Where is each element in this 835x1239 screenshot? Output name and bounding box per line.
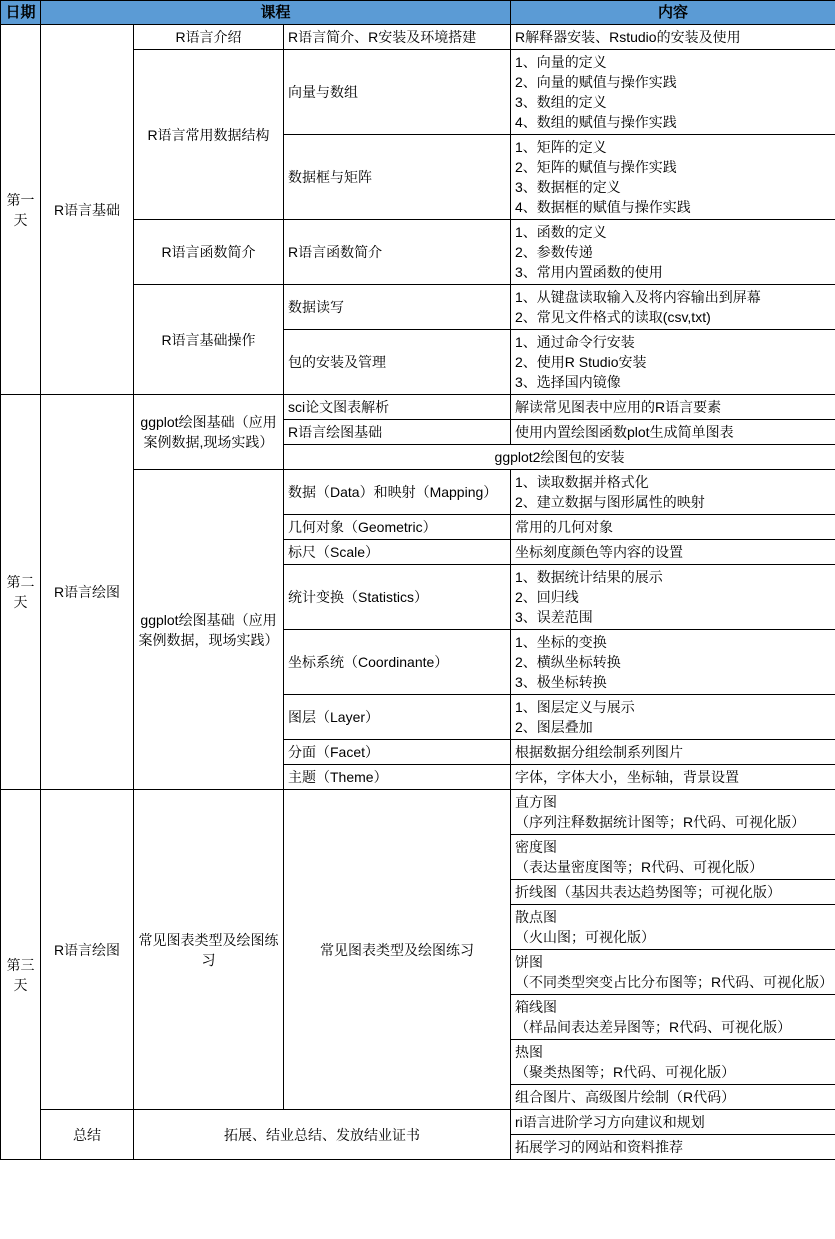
course-topic-cell: 常见图表类型及绘图练习 xyxy=(284,790,511,1110)
course-topic-cell: 坐标系统（Coordinante） xyxy=(284,630,511,695)
course-topic-cell: R语言简介、R安装及环境搭建 xyxy=(284,25,511,50)
course-topic-cell: 分面（Facet） xyxy=(284,740,511,765)
table-body: 第一天R语言基础R语言介绍R语言简介、R安装及环境搭建R解释器安装、Rstudi… xyxy=(1,25,835,1160)
course-module-cell: ggplot绘图基础（应用案例数据,现场实践） xyxy=(134,395,284,470)
content-cell: 饼图 （不同类型突变占比分布图等；R代码、可视化版） xyxy=(511,950,835,995)
course-module-cell: 常见图表类型及绘图练习 xyxy=(134,790,284,1110)
header-content: 内容 xyxy=(511,1,835,25)
course-topic-cell: R语言绘图基础 xyxy=(284,420,511,445)
content-cell: 箱线图 （样品间表达差异图等；R代码、可视化版） xyxy=(511,995,835,1040)
content-cell: 拓展学习的网站和资料推荐 xyxy=(511,1135,835,1160)
content-cell: 1、矩阵的定义 2、矩阵的赋值与操作实践 3、数据框的定义 4、数据框的赋值与操… xyxy=(511,135,835,220)
course-topic-cell: 图层（Layer） xyxy=(284,695,511,740)
content-cell: 1、坐标的变换 2、横纵坐标转换 3、极坐标转换 xyxy=(511,630,835,695)
course-category-cell: 总结 xyxy=(41,1110,134,1160)
header-course: 课程 xyxy=(41,1,511,25)
table-row: 第二天R语言绘图ggplot绘图基础（应用案例数据,现场实践）sci论文图表解析… xyxy=(1,395,835,420)
content-cell: R解释器安装、Rstudio的安装及使用 xyxy=(511,25,835,50)
course-category-cell: R语言绘图 xyxy=(41,395,134,790)
content-cell: 1、函数的定义 2、参数传递 3、常用内置函数的使用 xyxy=(511,220,835,285)
course-topic-cell: R语言函数简介 xyxy=(284,220,511,285)
course-module-cell: R语言介绍 xyxy=(134,25,284,50)
course-module-cell: R语言常用数据结构 xyxy=(134,50,284,220)
content-cell: 折线图（基因共表达趋势图等；可视化版） xyxy=(511,880,835,905)
course-topic-cell: 包的安装及管理 xyxy=(284,330,511,395)
course-topic-cell: 数据读写 xyxy=(284,285,511,330)
content-cell: 1、数据统计结果的展示 2、回归线 3、误差范围 xyxy=(511,565,835,630)
content-cell: 1、从键盘读取输入及将内容输出到屏幕 2、常见文件格式的读取(csv,txt) xyxy=(511,285,835,330)
course-topic-cell: ggplot2绘图包的安装 xyxy=(284,445,835,470)
date-cell: 第一天 xyxy=(1,25,41,395)
course-topic-cell: 标尺（Scale） xyxy=(284,540,511,565)
content-cell: 组合图片、高级图片绘制（R代码） xyxy=(511,1085,835,1110)
course-module-cell: ggplot绘图基础（应用案例数据，现场实践） xyxy=(134,470,284,790)
course-category-cell: R语言基础 xyxy=(41,25,134,395)
table-row: 第一天R语言基础R语言介绍R语言简介、R安装及环境搭建R解释器安装、Rstudi… xyxy=(1,25,835,50)
table-row: 第三天R语言绘图常见图表类型及绘图练习常见图表类型及绘图练习直方图 （序列注释数… xyxy=(1,790,835,835)
content-cell: 常用的几何对象 xyxy=(511,515,835,540)
date-cell: 第三天 xyxy=(1,790,41,1160)
course-topic-cell: 数据框与矩阵 xyxy=(284,135,511,220)
content-cell: 1、向量的定义 2、向量的赋值与操作实践 3、数组的定义 4、数组的赋值与操作实… xyxy=(511,50,835,135)
course-topic-cell: 主题（Theme） xyxy=(284,765,511,790)
course-module-cell: R语言函数简介 xyxy=(134,220,284,285)
course-module-cell: R语言基础操作 xyxy=(134,285,284,395)
content-cell: ri语言进阶学习方向建议和规划 xyxy=(511,1110,835,1135)
table-row: 总结拓展、结业总结、发放结业证书ri语言进阶学习方向建议和规划 xyxy=(1,1110,835,1135)
content-cell: 散点图 （火山图；可视化版） xyxy=(511,905,835,950)
course-schedule-table: 日期 课程 内容 第一天R语言基础R语言介绍R语言简介、R安装及环境搭建R解释器… xyxy=(0,0,835,1160)
course-topic-cell: 向量与数组 xyxy=(284,50,511,135)
header-date: 日期 xyxy=(1,1,41,25)
course-category-cell: R语言绘图 xyxy=(41,790,134,1110)
date-cell: 第二天 xyxy=(1,395,41,790)
content-cell: 热图 （聚类热图等；R代码、可视化版） xyxy=(511,1040,835,1085)
course-topic-cell: 数据（Data）和映射（Mapping） xyxy=(284,470,511,515)
course-topic-cell: 统计变换（Statistics） xyxy=(284,565,511,630)
header-row: 日期 课程 内容 xyxy=(1,1,835,25)
content-cell: 直方图 （序列注释数据统计图等；R代码、可视化版） xyxy=(511,790,835,835)
content-cell: 根据数据分组绘制系列图片 xyxy=(511,740,835,765)
content-cell: 使用内置绘图函数plot生成简单图表 xyxy=(511,420,835,445)
table-header: 日期 课程 内容 xyxy=(1,1,835,25)
content-cell: 1、读取数据并格式化 2、建立数据与图形属性的映射 xyxy=(511,470,835,515)
course-topic-cell: 拓展、结业总结、发放结业证书 xyxy=(134,1110,511,1160)
content-cell: 坐标刻度颜色等内容的设置 xyxy=(511,540,835,565)
course-topic-cell: 几何对象（Geometric） xyxy=(284,515,511,540)
content-cell: 1、图层定义与展示 2、图层叠加 xyxy=(511,695,835,740)
content-cell: 1、通过命令行安装 2、使用R Studio安装 3、选择国内镜像 xyxy=(511,330,835,395)
course-topic-cell: sci论文图表解析 xyxy=(284,395,511,420)
content-cell: 密度图 （表达量密度图等；R代码、可视化版） xyxy=(511,835,835,880)
content-cell: 解读常见图表中应用的R语言要素 xyxy=(511,395,835,420)
content-cell: 字体，字体大小，坐标轴，背景设置 xyxy=(511,765,835,790)
